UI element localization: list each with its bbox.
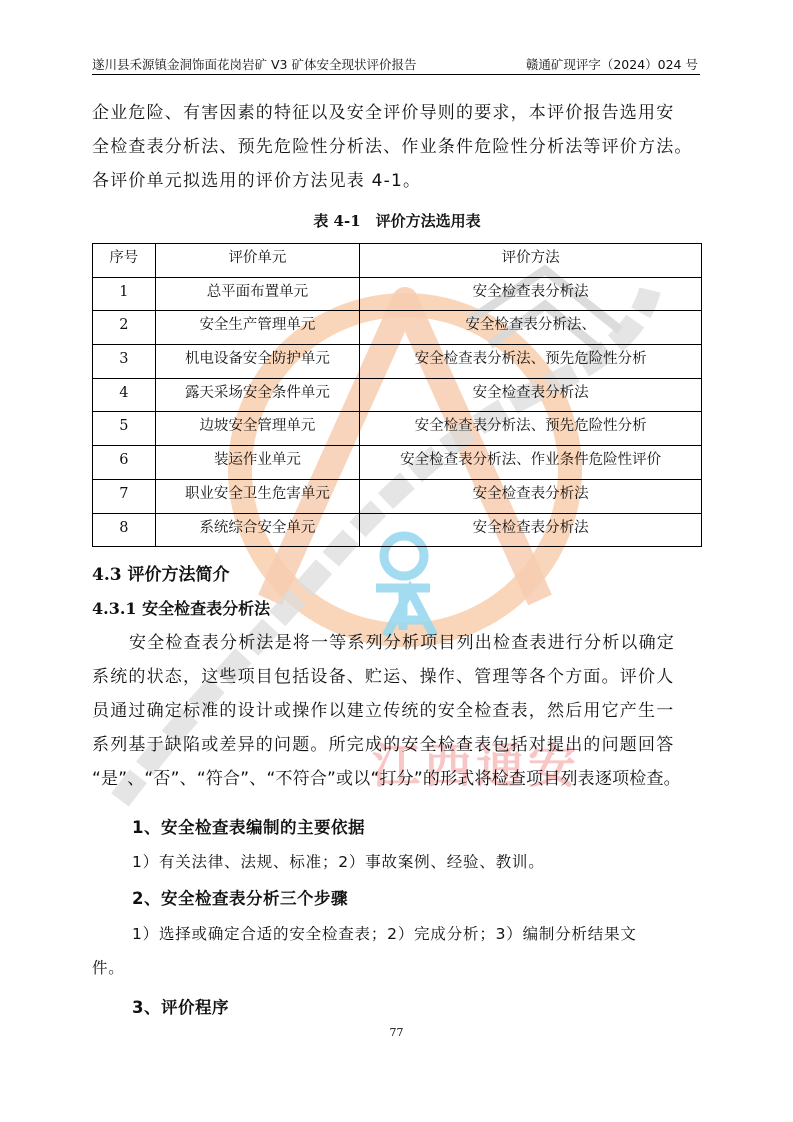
row-method: 安全检查表分析法 <box>360 479 702 513</box>
item-heading-steps: 2、安全检查表分析三个步骤 <box>132 885 348 909</box>
table-row: 1 总平面布置单元 安全检查表分析法 <box>93 277 702 311</box>
row-no: 2 <box>93 311 156 345</box>
section-heading: 4.3 评价方法简介 <box>92 560 230 585</box>
body-line: 安全检查表分析法是将一等系列分析项目列出检查表进行分析以确定 <box>92 626 704 660</box>
table-row: 3 机电设备安全防护单元 安全检查表分析法、预先危险性分析 <box>93 345 702 379</box>
row-method: 安全检查表分析法、预先危险性分析 <box>360 345 702 379</box>
row-unit: 职业安全卫生危害单元 <box>155 479 360 513</box>
table-row: 4 露天采场安全条件单元 安全检查表分析法 <box>93 378 702 412</box>
document-page: 遂川县禾源镇金洞饰面花岗岩矿 V3 矿体安全现状评价报告 赣通矿现评字（2024… <box>0 0 793 1122</box>
body-line: 员通过确定标准的设计或操作以建立传统的安全检查表，然后用它产生一 <box>92 694 704 728</box>
intro-line: 企业危险、有害因素的特征以及安全评价导则的要求，本评价报告选用安 <box>92 96 704 130</box>
item-heading-procedure: 3、评价程序 <box>132 994 229 1018</box>
row-unit: 边坡安全管理单元 <box>155 412 360 446</box>
table-row: 7 职业安全卫生危害单元 安全检查表分析法 <box>93 479 702 513</box>
header-unit: 评价单元 <box>155 244 360 278</box>
item-text-steps-cont: 件。 <box>92 956 125 978</box>
intro-line: 全检查表分析法、预先危险性分析法、作业条件危险性分析法等评价方法。 <box>92 130 704 164</box>
section-body: 安全检查表分析法是将一等系列分析项目列出检查表进行分析以确定 系统的状态，这些项… <box>92 626 704 796</box>
table-row: 5 边坡安全管理单元 安全检查表分析法、预先危险性分析 <box>93 412 702 446</box>
subsection-heading: 4.3.1 安全检查表分析法 <box>92 596 270 619</box>
item-heading-basis: 1、安全检查表编制的主要依据 <box>132 814 365 838</box>
table-row: 8 系统综合安全单元 安全检查表分析法 <box>93 513 702 547</box>
row-unit: 安全生产管理单元 <box>155 311 360 345</box>
row-no: 8 <box>93 513 156 547</box>
row-unit: 装运作业单元 <box>155 446 360 480</box>
row-method: 安全检查表分析法、 <box>360 311 702 345</box>
row-no: 5 <box>93 412 156 446</box>
row-no: 4 <box>93 378 156 412</box>
table-row: 6 装运作业单元 安全检查表分析法、作业条件危险性评价 <box>93 446 702 480</box>
table-caption: 表 4-1 评价方法选用表 <box>92 210 702 231</box>
table-row: 2 安全生产管理单元 安全检查表分析法、 <box>93 311 702 345</box>
report-title: 遂川县禾源镇金洞饰面花岗岩矿 V3 矿体安全现状评价报告 <box>92 55 416 73</box>
document-number: 赣通矿现评字（2024）024 号 <box>526 55 698 73</box>
row-no: 7 <box>93 479 156 513</box>
row-unit: 机电设备安全防护单元 <box>155 345 360 379</box>
body-line: “是”、“否”、“符合”、“不符合”或以“打分”的形式将检查项目列表逐项检查。 <box>92 762 704 796</box>
row-unit: 露天采场安全条件单元 <box>155 378 360 412</box>
item-text-basis: 1）有关法律、法规、标准；2）事故案例、经验、教训。 <box>132 850 545 872</box>
page-number: 77 <box>0 1026 793 1039</box>
row-unit: 总平面布置单元 <box>155 277 360 311</box>
row-method: 安全检查表分析法、作业条件危险性评价 <box>360 446 702 480</box>
row-method: 安全检查表分析法 <box>360 513 702 547</box>
evaluation-methods-table: 序号 评价单元 评价方法 1 总平面布置单元 安全检查表分析法 2 安全生产管理… <box>92 243 702 547</box>
page-header: 遂川县禾源镇金洞饰面花岗岩矿 V3 矿体安全现状评价报告 赣通矿现评字（2024… <box>92 52 700 75</box>
body-line: 系列基于缺陷或差异的问题。所完成的安全检查表包括对提出的问题回答 <box>92 728 704 762</box>
row-method: 安全检查表分析法、预先危险性分析 <box>360 412 702 446</box>
row-no: 6 <box>93 446 156 480</box>
item-text-steps: 1）选择或确定合适的安全检查表；2）完成分析；3）编制分析结果文 <box>132 922 704 944</box>
header-method: 评价方法 <box>360 244 702 278</box>
row-no: 1 <box>93 277 156 311</box>
table-header-row: 序号 评价单元 评价方法 <box>93 244 702 278</box>
row-method: 安全检查表分析法 <box>360 378 702 412</box>
intro-line: 各评价单元拟选用的评价方法见表 4-1。 <box>92 164 704 198</box>
row-no: 3 <box>93 345 156 379</box>
body-line: 系统的状态，这些项目包括设备、贮运、操作、管理等各个方面。评价人 <box>92 660 704 694</box>
header-no: 序号 <box>93 244 156 278</box>
row-unit: 系统综合安全单元 <box>155 513 360 547</box>
row-method: 安全检查表分析法 <box>360 277 702 311</box>
intro-paragraph: 企业危险、有害因素的特征以及安全评价导则的要求，本评价报告选用安 全检查表分析法… <box>92 96 704 198</box>
